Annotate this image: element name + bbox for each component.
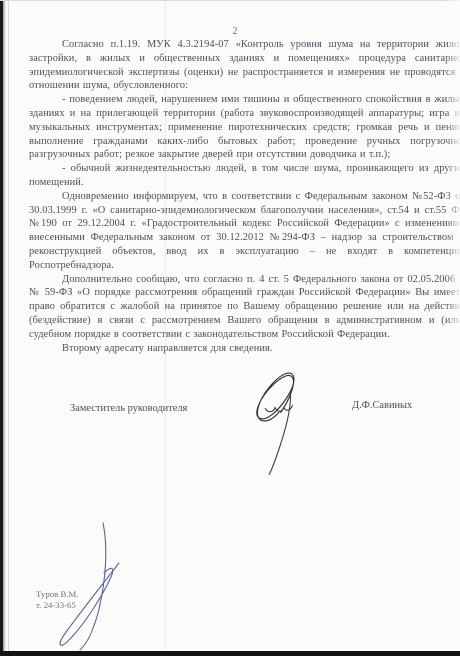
- executor-note: Туров В.М. т. 24-33-65: [36, 589, 79, 611]
- paragraph-list-ordinary-life: - обычной жизнедеятельностью людей, в то…: [29, 162, 460, 190]
- scan-bottom-border: [0, 651, 460, 656]
- scan-left-shadow: [3, 0, 6, 656]
- paragraph-appeal-rights: Дополнительно сообщаю, что согласно п. 4…: [29, 273, 460, 342]
- paragraph-second-addressee: Второму адресату направляется для сведен…: [29, 342, 460, 356]
- paper-edge-line: [8, 0, 9, 656]
- blue-pen-mark: [54, 521, 126, 655]
- page-number: 2: [0, 26, 460, 37]
- paragraph-federal-laws: Одновременно информируем, что в соответс…: [29, 190, 460, 273]
- letter-body: Согласно п.1.19. МУК 4.3.2194-07 «Контро…: [29, 38, 460, 355]
- executor-phone: т. 24-33-65: [36, 600, 79, 611]
- paragraph-list-behavior: - поведением людей, нарушением ими тишин…: [29, 93, 460, 162]
- signer-position: Заместитель руководителя: [70, 403, 187, 414]
- scan-top-border: [0, 0, 460, 1]
- paragraph-noise-regulation: Согласно п.1.19. МУК 4.3.2194-07 «Контро…: [29, 38, 460, 93]
- signer-name: Д.Ф.Савиных: [352, 400, 412, 411]
- scanned-letter-page: 2 Согласно п.1.19. МУК 4.3.2194-07 «Конт…: [0, 0, 460, 656]
- executor-name: Туров В.М.: [36, 589, 79, 600]
- handwritten-signature: [246, 369, 308, 479]
